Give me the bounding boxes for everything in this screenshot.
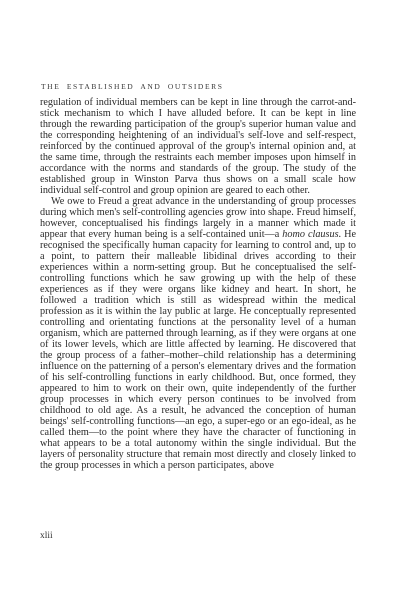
book-page: THE ESTABLISHED AND OUTSIDERS regulation… [0, 0, 393, 616]
running-head: THE ESTABLISHED AND OUTSIDERS [41, 82, 224, 91]
latin-term-italic: homo clausus [282, 229, 338, 240]
page-body: regulation of individual members can be … [40, 97, 356, 471]
paragraph-2-text-after-term: . He recognised the specifically human c… [40, 229, 356, 471]
page-number: xlii [40, 531, 53, 541]
paragraph-2: We owe to Freud a great advance in the u… [40, 196, 356, 471]
paragraph-1: regulation of individual members can be … [40, 97, 356, 196]
